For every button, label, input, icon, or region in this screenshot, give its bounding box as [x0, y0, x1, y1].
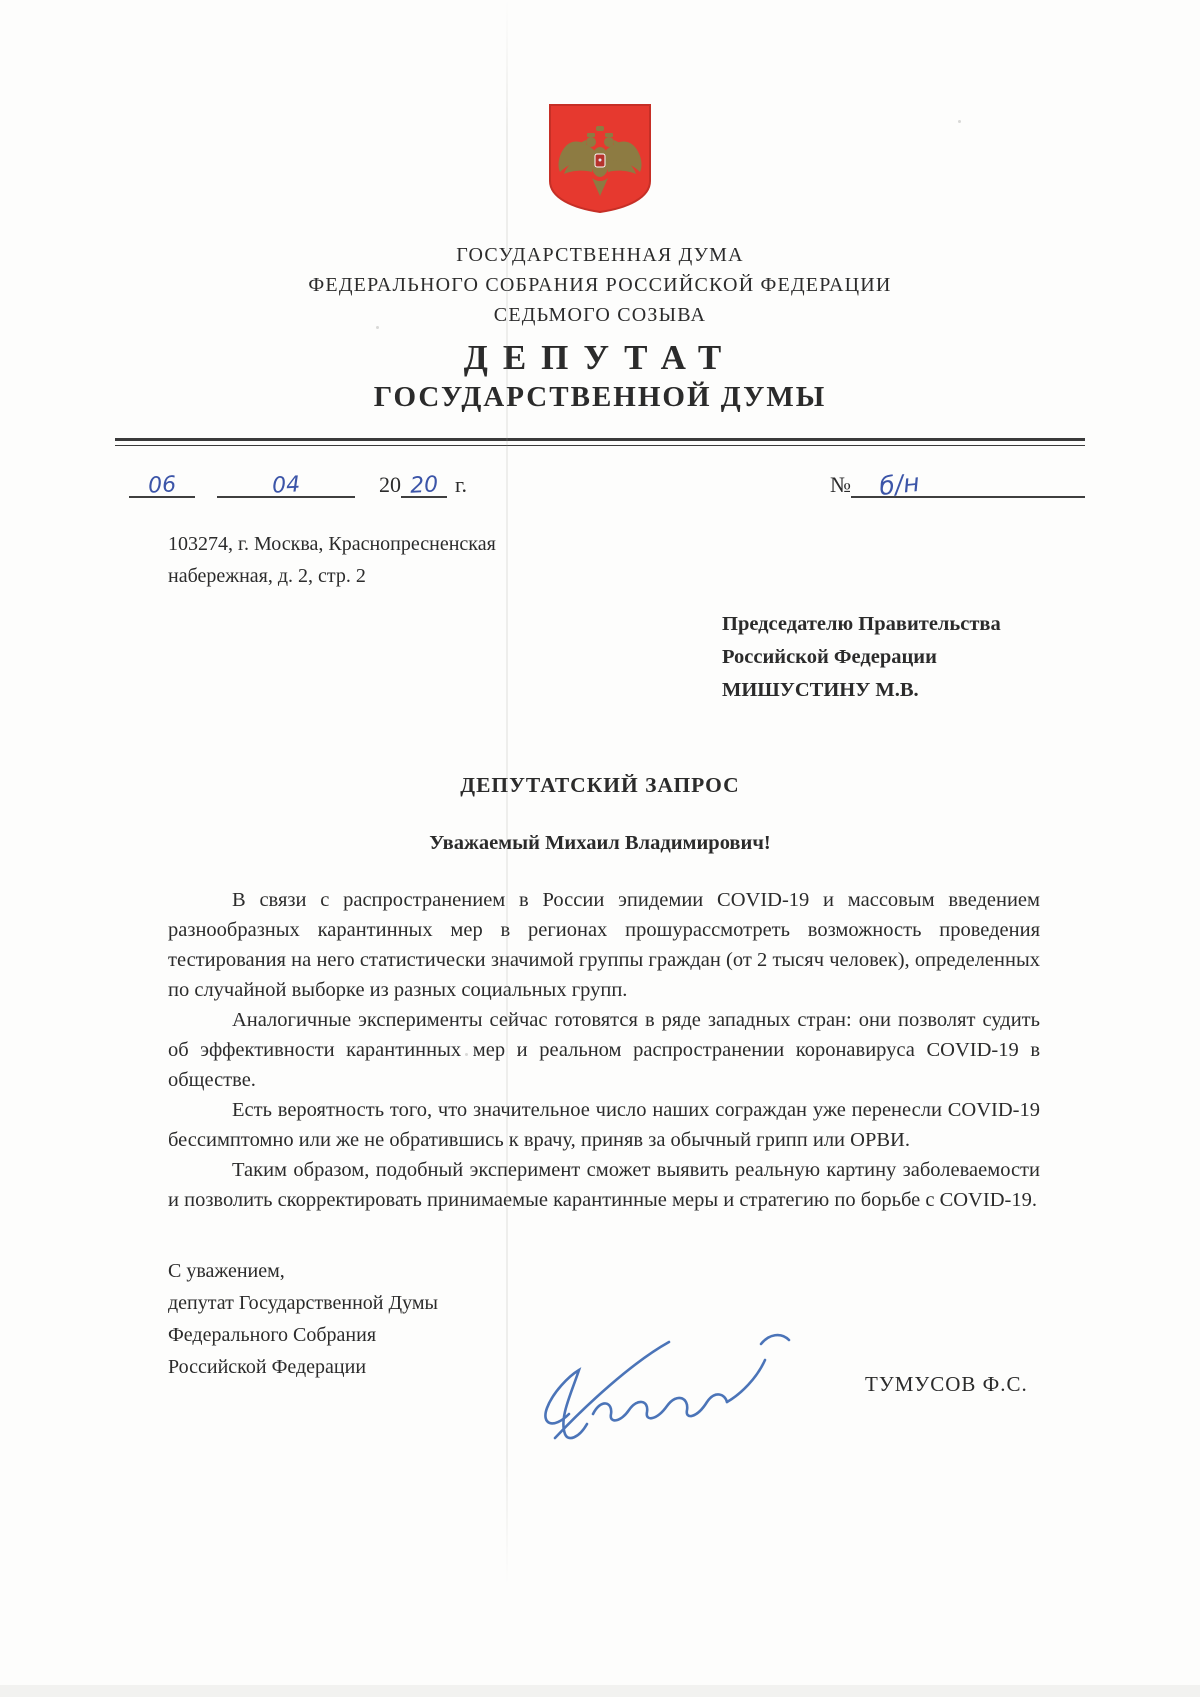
scan-edge-shadow	[0, 1685, 1200, 1697]
russia-coat-of-arms-icon	[542, 100, 658, 214]
scan-crease	[506, 0, 508, 1585]
handwritten-signature	[535, 1318, 815, 1453]
sender-address: 103274, г. Москва, Краснопресненская наб…	[168, 528, 1200, 592]
date-year-field: 20	[401, 470, 447, 498]
addressee-line-3: МИШУСТИНУ М.В.	[722, 674, 1200, 707]
body-paragraph: Есть вероятность того, что значительное …	[168, 1095, 1040, 1155]
number-label: №	[830, 472, 851, 498]
scanned-letter-page: ГОСУДАРСТВЕННАЯ ДУМА ФЕДЕРАЛЬНОГО СОБРАН…	[0, 0, 1200, 1697]
salutation: Уважаемый Михаил Владимирович!	[0, 832, 1200, 855]
addressee-line-1: Председателю Правительства	[722, 608, 1200, 641]
sender-address-line-1: 103274, г. Москва, Краснопресненская	[168, 528, 1200, 560]
closing-line-1: С уважением,	[168, 1255, 1200, 1287]
handwritten-day: 06	[147, 472, 176, 498]
org-line-1: ГОСУДАРСТВЕННАЯ ДУМА	[0, 240, 1200, 270]
reference-row: 06 04 20 20 г. № б/н	[115, 454, 1085, 502]
organization-name: ГОСУДАРСТВЕННАЯ ДУМА ФЕДЕРАЛЬНОГО СОБРАН…	[0, 240, 1200, 330]
body-paragraph: Аналогичные эксперименты сейчас готовятс…	[168, 1005, 1040, 1095]
date-day-field: 06	[129, 470, 195, 498]
org-line-2: ФЕДЕРАЛЬНОГО СОБРАНИЯ РОССИЙСКОЙ ФЕДЕРАЦ…	[0, 270, 1200, 300]
date-fields: 06 04 20 20 г.	[115, 470, 467, 498]
number-field-group: № б/н	[830, 467, 1085, 498]
deputy-title: ДЕПУТАТ	[0, 338, 1200, 378]
body-paragraph: В связи с распространением в России эпид…	[168, 885, 1040, 1005]
number-field: б/н	[851, 467, 1085, 498]
body-paragraph: Таким образом, подобный эксперимент смож…	[168, 1155, 1040, 1215]
letterhead: ГОСУДАРСТВЕННАЯ ДУМА ФЕДЕРАЛЬНОГО СОБРАН…	[0, 0, 1200, 414]
addressee-line-2: Российской Федерации	[722, 641, 1200, 674]
addressee-block: Председателю Правительства Российской Фе…	[722, 608, 1200, 707]
scan-speckle	[465, 1053, 468, 1056]
date-month-field: 04	[217, 470, 355, 498]
scan-speckle	[376, 326, 379, 329]
org-line-3: СЕДЬМОГО СОЗЫВА	[0, 300, 1200, 330]
year-prefix: 20	[379, 472, 401, 498]
signer-name: ТУМУСОВ Ф.С.	[865, 1372, 1028, 1397]
scan-speckle	[958, 120, 961, 123]
year-suffix: г.	[455, 472, 467, 498]
letterhead-divider	[115, 438, 1085, 446]
sender-address-line-2: набережная, д. 2, стр. 2	[168, 560, 1200, 592]
deputy-title-org: ГОСУДАРСТВЕННОЙ ДУМЫ	[0, 380, 1200, 414]
letter-body: В связи с распространением в России эпид…	[168, 885, 1040, 1215]
handwritten-number: б/н	[878, 468, 921, 501]
document-subject: ДЕПУТАТСКИЙ ЗАПРОС	[0, 773, 1200, 798]
handwritten-year: 20	[409, 472, 438, 498]
handwritten-month: 04	[271, 472, 300, 498]
closing-line-2: депутат Государственной Думы	[168, 1287, 1200, 1319]
